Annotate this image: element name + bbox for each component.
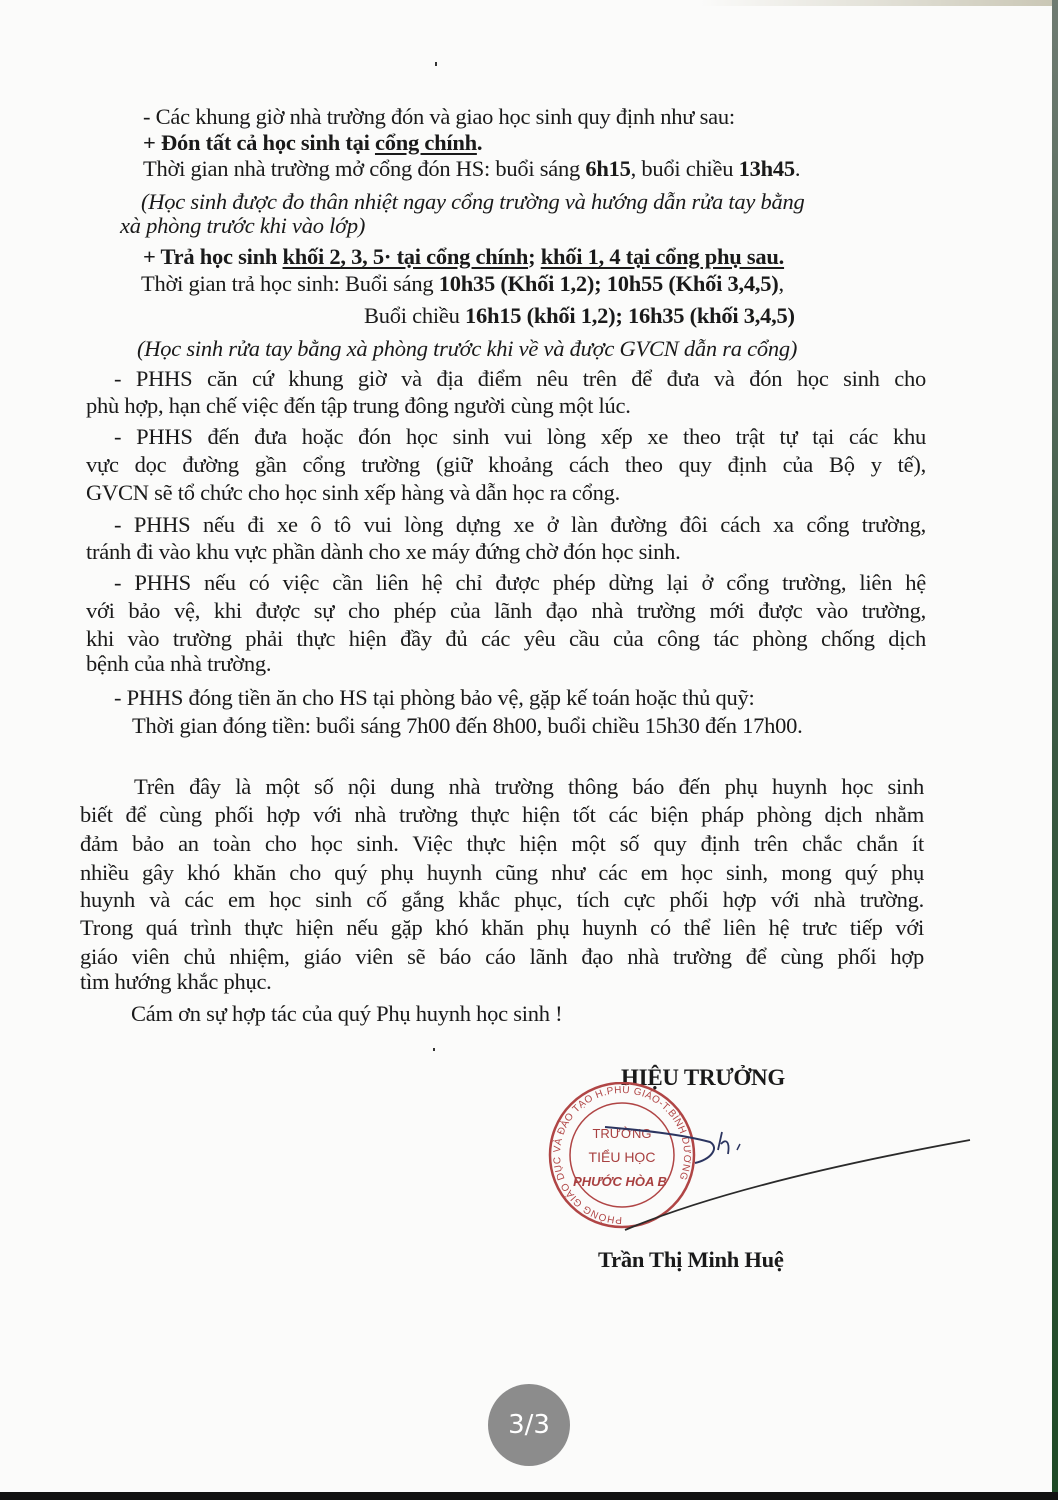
doc-line: bệnh của nhà trường. bbox=[86, 650, 271, 678]
doc-line: Trong quá trình thực hiện nếu gặp khó kh… bbox=[80, 914, 924, 942]
doc-line: + Trả học sinh khối 2, 3, 5· tại cổng ch… bbox=[143, 243, 784, 271]
doc-line: phù hợp, hạn chế việc đến tập trung đông… bbox=[86, 392, 631, 420]
page-indicator: 3/3 bbox=[488, 1384, 570, 1466]
doc-line: với bảo vệ, khi được sự cho phép của lãn… bbox=[86, 597, 926, 625]
signer-name: Trần Thị Minh Huệ bbox=[598, 1246, 784, 1274]
handwritten-signature bbox=[600, 1120, 1000, 1240]
document-page: - Các khung giờ nhà trường đón và giao h… bbox=[0, 0, 1058, 1500]
doc-line: (Học sinh rửa tay bằng xà phòng trước kh… bbox=[137, 335, 797, 363]
doc-line: giáo viên chủ nhiệm, giáo viên sẽ báo cá… bbox=[80, 943, 924, 971]
doc-line: + Đón tất cả học sinh tại cổng chính. bbox=[143, 129, 482, 157]
doc-line: tìm hướng khắc phục. bbox=[80, 968, 272, 996]
scan-edge-right bbox=[1052, 0, 1058, 1492]
doc-line: Thời gian đóng tiền: buổi sáng 7h00 đến … bbox=[132, 712, 802, 740]
doc-line: đảm bảo an toàn cho học sinh. Việc thực … bbox=[80, 830, 924, 858]
doc-line: Thời gian nhà trường mở cổng đón HS: buổ… bbox=[143, 155, 800, 183]
doc-line: - PHHS đóng tiền ăn cho HS tại phòng bảo… bbox=[114, 684, 755, 712]
doc-line: nhiều gây khó khăn cho quý phụ huynh cũn… bbox=[80, 859, 924, 887]
bottom-bar bbox=[0, 1492, 1058, 1500]
doc-line: Buổi chiều 16h15 (khối 1,2); 16h35 (khối… bbox=[364, 302, 795, 330]
doc-line: xà phòng trước khi vào lớp) bbox=[120, 212, 365, 240]
doc-line: tránh đi vào khu vực phần dành cho xe má… bbox=[86, 538, 681, 566]
doc-line: huynh và các em học sinh cố gắng khắc ph… bbox=[80, 886, 924, 914]
scan-speck bbox=[435, 62, 437, 66]
doc-line: - PHHS nếu có việc cần liên hệ chỉ được … bbox=[114, 569, 926, 597]
doc-line: Thời gian trả học sinh: Buổi sáng 10h35 … bbox=[141, 270, 784, 298]
scan-speck bbox=[433, 1048, 435, 1051]
doc-line: vực dọc đường gần cổng trường (giữ khoản… bbox=[86, 451, 926, 479]
doc-line: - PHHS nếu đi xe ô tô vui lòng dựng xe ở… bbox=[114, 511, 926, 539]
doc-line: - PHHS đến đưa hoặc đón học sinh vui lòn… bbox=[114, 423, 926, 451]
doc-line: GVCN sẽ tổ chức cho học sinh xếp hàng và… bbox=[86, 479, 620, 507]
doc-line: - Các khung giờ nhà trường đón và giao h… bbox=[143, 103, 735, 131]
doc-line: Cám ơn sự hợp tác của quý Phụ huynh học … bbox=[131, 1000, 562, 1028]
scan-edge-top bbox=[700, 0, 1058, 6]
doc-line: biết để cùng phối hợp với nhà trường thự… bbox=[80, 801, 924, 829]
doc-line: khi vào trường phải thực hiện đầy đủ các… bbox=[86, 625, 926, 653]
doc-line: - PHHS căn cứ khung giờ và địa điểm nêu … bbox=[114, 365, 926, 393]
doc-line: Trên đây là một số nội dung nhà trường t… bbox=[134, 773, 924, 801]
